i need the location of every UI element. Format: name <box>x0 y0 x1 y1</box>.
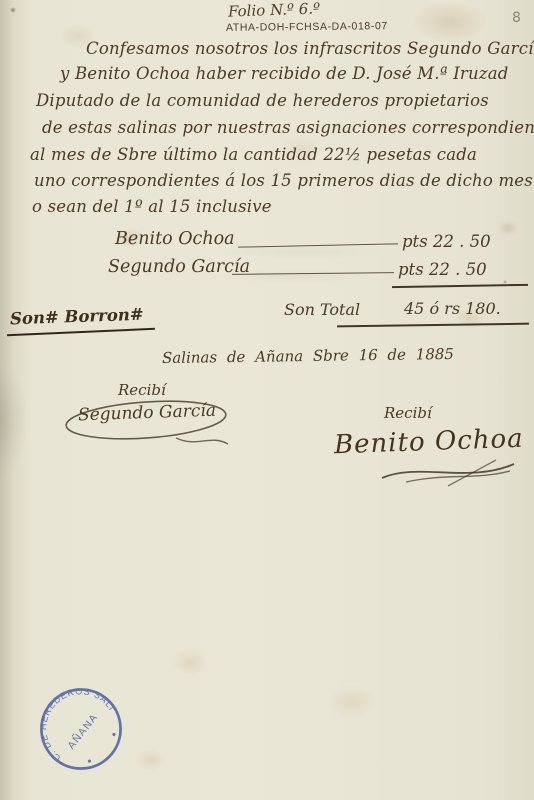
body-line-7: o sean del 1º al 15 inclusive <box>32 197 272 216</box>
body-line-5: al mes de Sbre último la cantidad 22½ pe… <box>30 145 477 164</box>
svg-text:C. DE HEREDEROS SALINAS: C. DE HEREDEROS SALINAS <box>20 668 118 770</box>
total-underline <box>337 323 529 328</box>
archival-reference: ATHA-DOH-FCHSA-DA-018-07 <box>226 20 388 34</box>
total-amount: 45 ó rs 180. <box>404 299 501 318</box>
stamp-center-text: AÑANA <box>65 710 101 751</box>
received-label-right: Recibí <box>384 404 432 422</box>
amount-underline <box>392 284 528 288</box>
stamp-dot-right <box>112 732 116 736</box>
body-line-3: Diputado de la comunidad de herederos pr… <box>36 91 489 110</box>
body-line-1: Confesamos nosotros los infrascritos Seg… <box>86 39 534 58</box>
account-row-name: Benito Ochoa <box>115 229 235 249</box>
folio-label: Folio N.º 6.º <box>228 0 321 21</box>
account-row-name: Segundo García <box>108 257 250 277</box>
stamp-dot-left <box>87 759 91 763</box>
margin-note-underline <box>7 328 155 336</box>
stamp-arc-text: C. DE HEREDEROS SALINAS <box>20 668 118 770</box>
account-row-amount: pts 22 . 50 <box>402 232 491 251</box>
signature-right: Benito Ochoa <box>334 424 525 461</box>
ink-stamp: C. DE HEREDEROS SALINAS AÑANA <box>20 668 142 790</box>
body-line-4: de estas salinas por nuestras asignacion… <box>42 118 534 137</box>
account-row-amount: pts 22 . 50 <box>398 260 487 279</box>
page-number-pencil: 8 <box>512 10 521 26</box>
account-row-rule <box>232 272 394 275</box>
body-line-2: y Benito Ochoa haber recibido de D. José… <box>60 64 509 83</box>
dateline: Salinas de Añana Sbre 16 de 1885 <box>162 345 454 367</box>
body-line-6: uno correspondientes á los 15 primeros d… <box>34 171 533 190</box>
document-page: 8 Folio N.º 6.º ATHA-DOH-FCHSA-DA-018-07… <box>0 0 534 800</box>
total-label: Son Total <box>284 300 360 319</box>
margin-note: Son# Borron# <box>10 305 144 329</box>
signature-right-flourish <box>378 458 518 488</box>
account-row-rule <box>238 243 398 247</box>
signature-left-flourish <box>58 394 238 450</box>
